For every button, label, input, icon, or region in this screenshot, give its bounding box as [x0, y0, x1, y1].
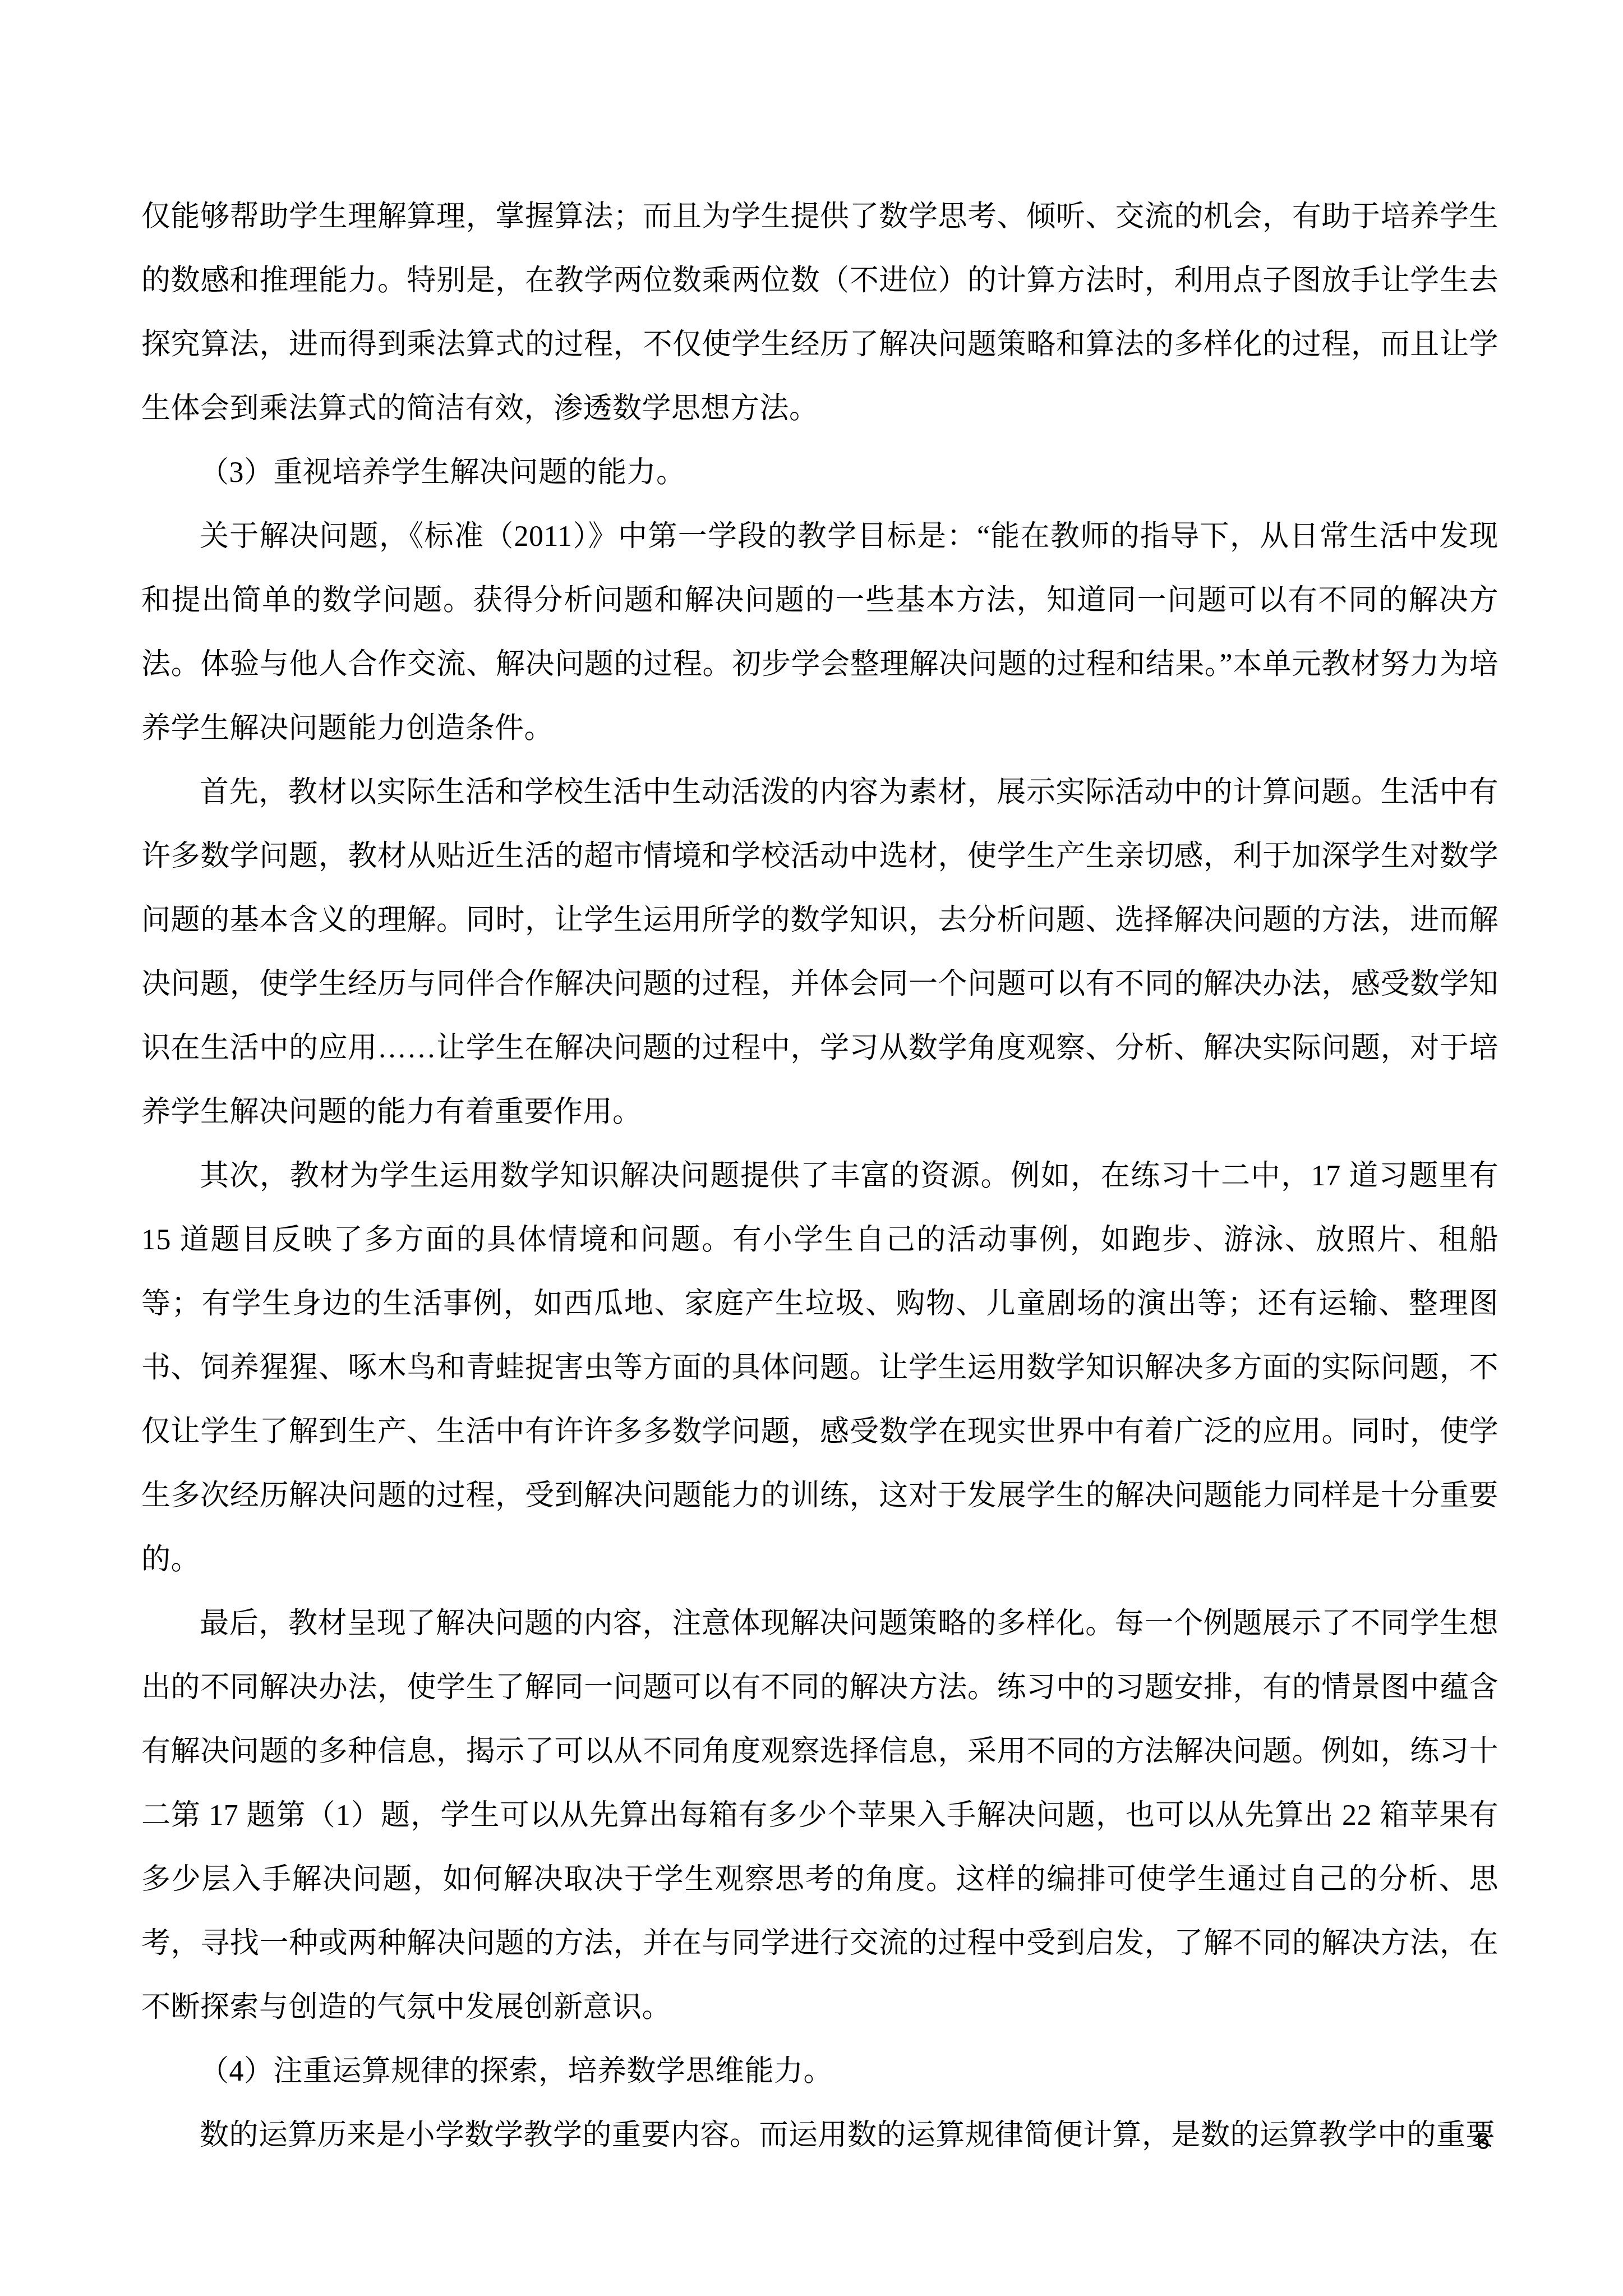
page-number: 6: [1477, 2129, 1490, 2153]
paragraph-number-operations: 数的运算历来是小学数学教学的重要内容。而运用数的运算规律简便计算，是数的运算教学…: [141, 2104, 1498, 2168]
paragraph-firstly: 首先，教材以实际生活和学校生活中生动活泼的内容为素材，展示实际活动中的计算问题。…: [141, 761, 1498, 1144]
paragraph-secondly: 其次，教材为学生运用数学知识解决问题提供了丰富的资源。例如，在练习十二中，17 …: [141, 1144, 1498, 1592]
paragraph-heading-3: （3）重视培养学生解决问题的能力。: [141, 441, 1498, 505]
paragraph-heading-4: （4）注重运算规律的探索，培养数学思维能力。: [141, 2040, 1498, 2104]
document-body: 仅能够帮助学生理解算理，掌握算法；而且为学生提供了数学思考、倾听、交流的机会，有…: [141, 185, 1498, 2168]
paragraph-continuation: 仅能够帮助学生理解算理，掌握算法；而且为学生提供了数学思考、倾听、交流的机会，有…: [141, 185, 1498, 441]
document-page: 仅能够帮助学生理解算理，掌握算法；而且为学生提供了数学思考、倾听、交流的机会，有…: [0, 0, 1623, 2296]
paragraph-finally: 最后，教材呈现了解决问题的内容，注意体现解决问题策略的多样化。每一个例题展示了不…: [141, 1592, 1498, 2040]
paragraph-standard-2011: 关于解决问题，《标准（2011）》中第一学段的教学目标是：“能在教师的指导下，从…: [141, 505, 1498, 761]
